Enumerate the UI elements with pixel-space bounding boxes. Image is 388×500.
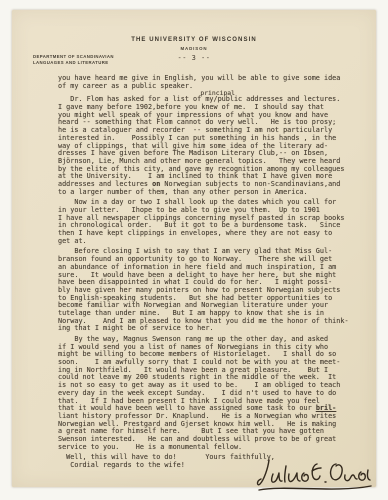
typed-segment: that it would have been well to have ass… xyxy=(58,404,316,412)
letterhead-university: THE UNIVERSITY OF WISCONSIN xyxy=(12,37,376,43)
typed-line: to a larger number of them, than any oth… xyxy=(58,189,366,197)
signature-julius-e-olson xyxy=(255,450,375,496)
typed-line: then I have kept clippings in envelopes,… xyxy=(58,230,366,238)
typed-segment: Norwegian subjects to non-Scandinavians,… xyxy=(160,180,340,188)
letterhead-city: MADISON xyxy=(12,46,376,51)
typed-segment: addresses and lectures xyxy=(58,180,152,188)
typed-line: ing that I might be of service to her. xyxy=(58,325,366,333)
page-number: -- 3 -- xyxy=(12,54,376,62)
letter-page: THE UNIVERSITY OF WISCONSIN MADISON DEPA… xyxy=(12,10,376,487)
typed-segment-underlined: bril- xyxy=(316,404,336,412)
letter-body: you have heard me give in English, you w… xyxy=(58,75,366,470)
typed-line: get at. xyxy=(58,238,366,246)
